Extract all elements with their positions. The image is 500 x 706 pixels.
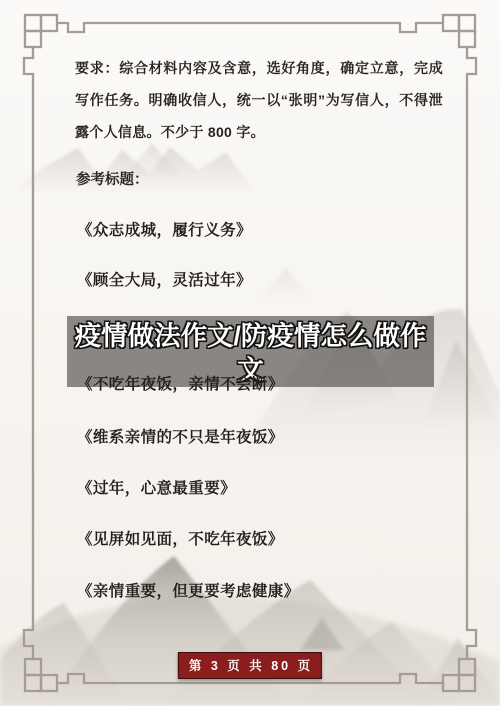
corner-motif-bottom-left [25, 659, 57, 691]
frame-top-line [57, 23, 443, 32]
section-label: 参考标题： [76, 168, 149, 189]
reference-title: 《见屏如见面，不吃年夜饭》 [77, 527, 284, 549]
reference-title: 《过年，心意最重要》 [77, 476, 236, 498]
page-number-badge: 第 3 页 共 80 页 [178, 652, 322, 679]
reference-title: 《亲情重要，但更要考虑健康》 [77, 579, 300, 601]
reference-title: 《维系亲情的不只是年夜饭》 [77, 425, 284, 447]
frame-right-line [467, 47, 476, 659]
frame-left-line [24, 47, 33, 659]
document-page: 要求：综合材料内容及含意，选好角度，确定立意，完成写作任务。明确收信人，统一以“… [0, 0, 500, 706]
corner-motif-top-right [443, 15, 475, 47]
reference-title: 《众志成城，履行义务》 [77, 218, 252, 240]
corner-motif-bottom-right [443, 659, 475, 691]
reference-title: 《不吃年夜饭，亲情不会断》 [77, 372, 284, 394]
requirement-paragraph: 要求：综合材料内容及含意，选好角度，确定立意，完成写作任务。明确收信人，统一以“… [75, 52, 443, 148]
corner-motif-top-left [25, 15, 57, 47]
reference-title: 《顾全大局，灵活过年》 [77, 268, 252, 290]
